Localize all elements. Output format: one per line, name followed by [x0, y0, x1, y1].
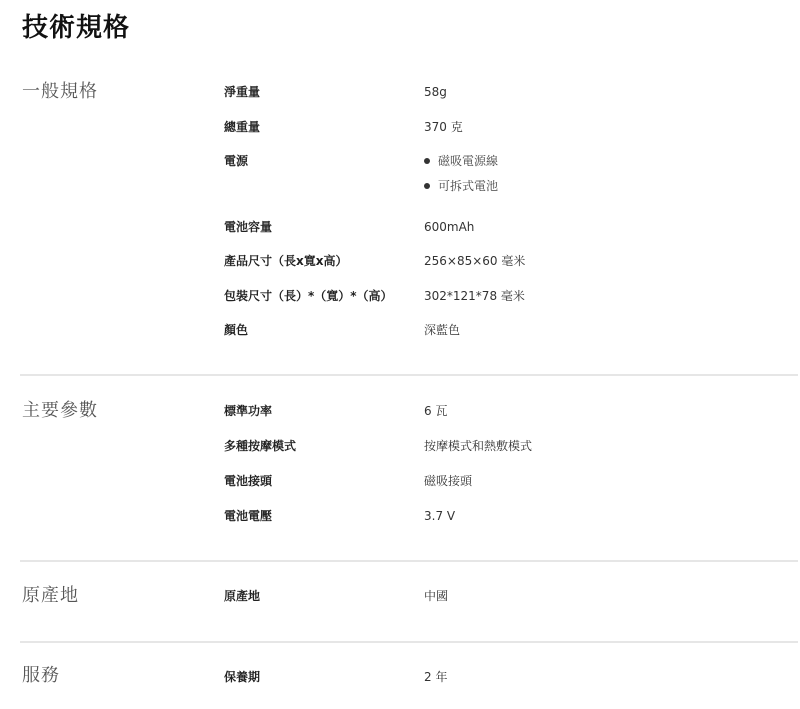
spec-row-rated-power: 標準功率 6 瓦	[0, 401, 800, 421]
bullet-icon	[424, 183, 430, 189]
spec-value: 中國	[424, 586, 448, 606]
spec-label: 電源	[224, 151, 248, 171]
spec-value: 600mAh	[424, 217, 474, 237]
section-divider	[20, 374, 798, 376]
page-title: 技術規格	[22, 10, 130, 46]
spec-label: 包裝尺寸（長）*（寬）*（高）	[224, 286, 393, 306]
spec-label: 顏色	[224, 320, 248, 340]
spec-value: 按摩模式和熱敷模式	[424, 436, 532, 456]
spec-label: 保養期	[224, 667, 260, 687]
spec-value: 3.7 V	[424, 506, 455, 526]
spec-value: 302*121*78 毫米	[424, 286, 525, 306]
spec-label: 電池容量	[224, 217, 272, 237]
power-source-list: 磁吸電源線 可拆式電池	[424, 151, 498, 201]
spec-row-massage-modes: 多種按摩模式 按摩模式和熱敷模式	[0, 436, 800, 456]
spec-value: 58g	[424, 82, 447, 102]
section-divider	[20, 560, 798, 562]
spec-label: 多種按摩模式	[224, 436, 296, 456]
spec-row-product-dimensions: 產品尺寸（長x寬x高） 256×85×60 毫米	[0, 251, 800, 271]
spec-row-net-weight: 淨重量 58g	[0, 82, 800, 102]
spec-row-origin: 原產地 中國	[0, 586, 800, 606]
spec-row-power-source: 電源 磁吸電源線 可拆式電池	[0, 151, 800, 201]
spec-row-battery-capacity: 電池容量 600mAh	[0, 217, 800, 237]
list-item: 可拆式電池	[424, 176, 498, 201]
spec-value: 2 年	[424, 667, 447, 687]
spec-label: 電池接頭	[224, 471, 272, 491]
bullet-icon	[424, 158, 430, 164]
list-item-text: 可拆式電池	[438, 176, 498, 196]
list-item-text: 磁吸電源線	[438, 151, 498, 171]
spec-label: 電池電壓	[224, 506, 272, 526]
spec-label: 標準功率	[224, 401, 272, 421]
spec-row-battery-voltage: 電池電壓 3.7 V	[0, 506, 800, 526]
section-divider	[20, 641, 798, 643]
spec-row-gross-weight: 總重量 370 克	[0, 117, 800, 137]
spec-label: 產品尺寸（長x寬x高）	[224, 251, 347, 271]
spec-value: 磁吸接頭	[424, 471, 472, 491]
spec-row-battery-connector: 電池接頭 磁吸接頭	[0, 471, 800, 491]
spec-value: 370 克	[424, 117, 463, 137]
spec-value: 256×85×60 毫米	[424, 251, 525, 271]
spec-row-warranty: 保養期 2 年	[0, 667, 800, 687]
spec-row-color: 顏色 深藍色	[0, 320, 800, 340]
spec-value: 深藍色	[424, 320, 460, 340]
spec-row-package-dimensions: 包裝尺寸（長）*（寬）*（高） 302*121*78 毫米	[0, 286, 800, 306]
spec-label: 原產地	[224, 586, 260, 606]
spec-label: 總重量	[224, 117, 260, 137]
spec-value: 6 瓦	[424, 401, 447, 421]
list-item: 磁吸電源線	[424, 151, 498, 176]
spec-label: 淨重量	[224, 82, 260, 102]
